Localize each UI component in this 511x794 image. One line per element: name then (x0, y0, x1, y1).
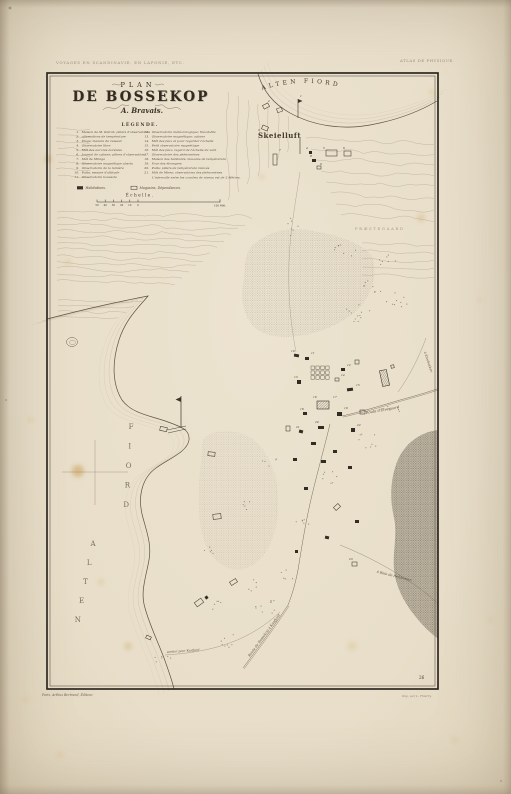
fiord-letter: T (83, 578, 88, 586)
bush-dot (324, 472, 325, 473)
legend-item-number: 18. (144, 157, 149, 161)
scale-heading: Échelle. (126, 192, 155, 198)
bush-dot (262, 611, 263, 612)
building (311, 442, 316, 445)
foxing-stain (124, 642, 132, 650)
building (348, 466, 352, 469)
building (194, 598, 203, 607)
compass-cross (62, 440, 128, 505)
garden-plot (311, 376, 314, 379)
building (321, 460, 326, 463)
bush-dot (304, 519, 305, 520)
legend-item-number: 10. (74, 171, 79, 175)
legend-item-text: Observatoire de la lumière (82, 166, 124, 170)
building (299, 430, 304, 434)
contour (316, 158, 434, 166)
title-byline: A. Bravais. (120, 106, 163, 115)
marker-number: 6 (343, 146, 345, 150)
legend-item-number: 6. (76, 153, 79, 157)
legend-item-number: 16. (144, 148, 149, 152)
bush-dot (228, 647, 229, 648)
bush-dot (332, 482, 333, 483)
contour (58, 317, 118, 319)
legend-item-number: 4. (75, 144, 79, 148)
bush-dot (338, 245, 339, 246)
bush-dot (211, 550, 212, 551)
bush-dot (251, 590, 252, 591)
bush-dot (380, 291, 381, 292)
bush-dot (292, 578, 293, 579)
bush-dot (355, 250, 356, 251)
bush-dot (302, 520, 303, 521)
label-route-kaafjord: Route de Bossekop à Kaafjord (247, 613, 282, 659)
garden-plot (316, 366, 319, 369)
bush-dot (218, 601, 219, 602)
foxing-stain (45, 156, 52, 163)
contour (57, 274, 182, 278)
speck (9, 7, 12, 10)
fiord-letter: L (87, 559, 92, 567)
foxing-stain (56, 751, 64, 759)
building (391, 365, 395, 369)
bush-dot (322, 478, 323, 479)
series-header-right: ATLAS DE PHYSIQUE. (399, 58, 455, 63)
marker-number: 23 (348, 557, 353, 561)
building (355, 520, 359, 523)
legend-item-text: Maison des habitants; mesures de tempéra… (151, 157, 226, 161)
legend-item-text: Observatoire magnétique absolu (82, 162, 133, 166)
contour (57, 211, 252, 219)
contour (326, 182, 434, 187)
legend-item-text: Mât des feux et pour regarder l'échelle (151, 139, 214, 143)
map-sheet: { "colors": { "paper": "#e9e0cc", "ink":… (0, 0, 511, 794)
bush-dot (360, 434, 361, 435)
bush-dot (380, 264, 381, 265)
bush-dot (386, 256, 387, 257)
bush-dot (399, 411, 400, 412)
marker-number: 17 (333, 395, 337, 399)
map-plate: VOYAGES EN SCANDINAVIE, EN LAPONIE, ETC.… (0, 0, 511, 794)
bush-dot (293, 230, 294, 231)
bush-dot (212, 553, 213, 554)
marker-number: 9 (320, 162, 322, 166)
marker-number: 14 (341, 373, 345, 377)
legend-item-text: Observatoire magnétique; cabane (152, 135, 205, 139)
marker-number: 21 (295, 425, 300, 429)
legend-item-text: Mât de Mirage (81, 157, 105, 161)
speck (5, 399, 7, 401)
fiord-shore-north (258, 62, 446, 127)
contour (57, 223, 238, 230)
bush-dot (220, 602, 221, 603)
bush-dot (227, 644, 228, 645)
legend-item-text: Maison de M. Klerck; piliers d'observati… (81, 130, 151, 134)
foxing-stain (65, 259, 71, 265)
bush-dot (396, 300, 397, 301)
bush-dot (372, 286, 373, 287)
scale-tick-label: 0 (137, 203, 139, 207)
title-plan: PLAN (120, 81, 155, 89)
bush-dot (273, 600, 274, 601)
building (333, 450, 337, 453)
bush-dot (388, 261, 389, 262)
contour (226, 92, 229, 200)
legend-item-number: 9. (76, 166, 79, 170)
bush-dot (155, 657, 156, 658)
bush-dot (355, 318, 356, 319)
foxing-stain (429, 89, 436, 96)
foxing-stain (417, 214, 425, 222)
building (337, 412, 342, 416)
contour (57, 230, 231, 237)
garden-plot (326, 371, 329, 374)
bush-dot (244, 501, 245, 502)
scale-bar: Échelle. 50403020100 100 Mèt. (95, 192, 226, 207)
marker-number: 20 (314, 420, 319, 424)
foxing-stain (27, 417, 33, 423)
scale-end-label: 100 Mèt. (214, 204, 226, 208)
bush-dot (334, 249, 335, 250)
marker-number: 15 (356, 383, 360, 387)
scale-tick-label: 50 (95, 203, 99, 207)
foxing-stain (22, 697, 28, 703)
building (303, 412, 307, 415)
legend-item-text: Mât de Mires; observations des phénomène… (151, 171, 223, 175)
bush-dot (371, 444, 372, 445)
garden-plots-grid (311, 366, 329, 379)
building (229, 578, 237, 585)
label-skeielluft: Skeielluft (258, 131, 301, 140)
legend-heading: LÉGENDE. (121, 120, 158, 128)
fiord-letter: A (89, 540, 96, 548)
bush-dot (382, 261, 383, 262)
building (317, 401, 329, 409)
bush-dot (375, 446, 376, 447)
bush-dot (332, 471, 333, 472)
bush-dot (209, 547, 210, 548)
bush-dot (343, 253, 344, 254)
contour (258, 104, 260, 176)
bush-dot (244, 506, 245, 507)
building (146, 635, 152, 640)
bush-dot (361, 434, 362, 435)
legend-item-number: 15. (144, 144, 149, 148)
bush-dot (264, 461, 265, 462)
bush-dot (231, 644, 232, 645)
bush-dot (286, 570, 287, 571)
bush-dot (303, 523, 304, 524)
bush-dot (283, 578, 284, 579)
bush-dot (212, 609, 213, 610)
scale-ticks: 50403020100 (95, 200, 139, 208)
legend-note: L'intervalle entre les courbes de niveau… (151, 175, 241, 179)
bush-dot (297, 226, 298, 227)
garden-plot (311, 366, 314, 369)
symbol-magasin (131, 186, 137, 189)
marker-number: 19 (344, 406, 348, 410)
terrain-patch-east (391, 430, 438, 639)
building (325, 536, 330, 540)
building (344, 151, 351, 156)
bush-dot (260, 606, 261, 607)
legend-item-number: 20. (143, 166, 149, 170)
bush-dot (323, 474, 324, 475)
contour (336, 204, 434, 212)
marker-number: 13 (294, 375, 298, 379)
legend-item-text: Observatoire boussole (82, 175, 117, 179)
building (335, 378, 339, 381)
bush-dot (395, 292, 396, 293)
contour (246, 100, 249, 184)
bush-dot (156, 661, 157, 662)
bush-dot (403, 297, 404, 298)
legend-item-text: Observatoire des phénomènes (152, 153, 200, 157)
garden-plot (316, 371, 319, 374)
mast-pennant (176, 397, 182, 402)
legend-item-number: 19. (144, 162, 149, 166)
building (318, 426, 324, 429)
legend-item-text: Journal de cabane; piliers d'observation… (81, 153, 147, 157)
legend-item-number: 5. (76, 148, 79, 152)
title-block: PLAN DE BOSSEKOP DE BOSSEKOP A. Bravais. (72, 81, 210, 115)
bush-dot (374, 292, 375, 293)
legend-item-number: 12. (144, 130, 149, 134)
foxing-stain (487, 617, 493, 623)
marker-number: 10 (291, 349, 295, 353)
scale-tick-label: 40 (104, 203, 108, 207)
bush-dot (246, 509, 247, 510)
bush-dot (268, 466, 269, 467)
bush-dot (361, 312, 362, 313)
bush-dot (270, 600, 271, 601)
fiord-letter: O (126, 462, 132, 470)
foxing-stain (72, 465, 84, 477)
legend-item-text: Puits; mesure d'altitude (81, 171, 120, 175)
garden-plot (326, 366, 329, 369)
marker-number: 7 (279, 148, 281, 152)
bush-dot (336, 476, 337, 477)
pond (67, 338, 78, 347)
bush-dot (270, 602, 271, 603)
legend-item-number: 8. (76, 162, 79, 166)
garden-plot (311, 371, 314, 374)
bush-dot (359, 315, 360, 316)
legend-item-number: 13. (144, 135, 149, 139)
bush-dot (340, 244, 341, 245)
contour (57, 255, 203, 262)
bush-dot (224, 638, 225, 639)
bush-dot (346, 309, 347, 310)
building (304, 487, 308, 490)
bush-dot (351, 312, 352, 313)
imprint-printer: Imp. par L. Thierry. (401, 694, 432, 698)
marker-number: 8 (310, 154, 312, 158)
label-route-elvebakken: à Elvebakken (423, 351, 434, 373)
bush-dot (349, 311, 350, 312)
building (305, 357, 309, 360)
bush-dot (243, 504, 244, 505)
label-alten-fiord-top: ALTEN FIORD (260, 78, 342, 92)
building (341, 368, 345, 371)
road-south (288, 424, 330, 605)
building (295, 550, 298, 553)
bush-dot (274, 610, 275, 611)
contour (57, 280, 175, 285)
label-praestegaard: PRÆSTEGAARD (355, 227, 405, 231)
bush-dot (358, 439, 359, 440)
contour (362, 243, 434, 246)
legend-item-text: Mât des feux; regard de l'échelle du ven… (151, 148, 217, 152)
fiord-letter: R (125, 482, 131, 490)
building (273, 154, 277, 165)
bush-dot (365, 282, 366, 283)
bush-dot (281, 572, 282, 573)
building (312, 159, 316, 162)
legend-item-text: Petit observatoire magnétique (151, 144, 200, 148)
bush-dot (255, 606, 256, 607)
contour (57, 236, 224, 242)
contour (57, 243, 217, 248)
bush-dot (392, 304, 393, 305)
bush-dot (224, 645, 225, 646)
contour (321, 171, 434, 176)
fiord-shore-west (32, 296, 189, 695)
road-elvegaard (342, 389, 437, 416)
bush-dot (248, 589, 249, 590)
bush-dot (400, 302, 401, 303)
contour (57, 266, 189, 272)
bush-dot (216, 601, 217, 602)
foxing-stain (347, 641, 357, 651)
bush-dot (335, 247, 336, 248)
legend-item-text: Observatoire météorologique; théodolite (152, 130, 216, 134)
legend-item-text: Puits; piliers de température relevés (151, 166, 210, 170)
garden-plot (321, 376, 324, 379)
bush-dot (394, 304, 395, 305)
garden-plot (316, 376, 319, 379)
foxing-stain (98, 579, 105, 586)
legend-item-text: Plage; mesure du ressaut (81, 139, 123, 143)
bush-dot (357, 315, 358, 316)
building (293, 458, 297, 461)
bush-dot (272, 613, 273, 614)
bush-dot (360, 317, 361, 318)
legend-item-text: alternatives de température (82, 135, 126, 139)
garden-plot (321, 371, 324, 374)
bush-dot (351, 255, 352, 256)
bush-dot (401, 306, 402, 307)
marker-number: 3 (258, 128, 260, 132)
bush-dot (365, 447, 366, 448)
bush-dot (255, 607, 256, 608)
building (262, 103, 269, 109)
bush-dot (287, 223, 288, 224)
contour (57, 248, 210, 256)
bush-dot (275, 459, 276, 460)
contour (58, 311, 126, 314)
building (297, 380, 301, 384)
road-elvebakken (398, 338, 426, 392)
building (379, 369, 389, 386)
bush-dot (161, 657, 162, 658)
marker-number: 12 (347, 363, 351, 367)
legend-item-number: 11. (74, 175, 79, 179)
legend-item-number: 14. (144, 139, 149, 143)
paper-stains (5, 7, 502, 783)
legend-item-text: Observatoire libre (82, 144, 111, 148)
bush-dot (285, 578, 286, 579)
bush-dot (395, 260, 396, 261)
bush-dot (291, 221, 292, 222)
bush-dot (256, 582, 257, 583)
imprint-publisher: Paris, Arthus Bertrand, Éditeur. (41, 692, 93, 697)
building (355, 360, 359, 364)
marker-number: 5 (323, 146, 325, 150)
bush-dot (167, 656, 168, 657)
marker-number: 18 (300, 407, 304, 411)
building (204, 595, 208, 599)
fiord-letter: I (128, 443, 131, 451)
bush-dot (379, 259, 380, 260)
garden-plot (321, 366, 324, 369)
bush-dot (369, 310, 370, 311)
symbol-habitation-label: Habitations. (85, 186, 107, 190)
contour (306, 137, 434, 144)
title-name: DE BOSSEKOP (72, 89, 209, 105)
bush-dot (308, 524, 309, 525)
contour (57, 217, 245, 225)
bush-dot (249, 501, 250, 502)
bush-dot (214, 604, 215, 605)
legend-item-number: 7. (76, 157, 79, 161)
marker-number: 22 (356, 423, 361, 427)
bush-dot (221, 641, 222, 642)
fiord-letter: E (79, 597, 84, 605)
bush-dot (253, 579, 254, 580)
building (347, 388, 353, 392)
label-sentier-kaafjord: sentier pour Kaafjord (167, 648, 200, 654)
fiord-letter: F (129, 423, 134, 431)
marker-number: 11 (311, 351, 315, 355)
terrain-patch-central (242, 229, 375, 337)
building (294, 354, 299, 358)
marker-number: 2 (267, 99, 270, 103)
bush-dot (262, 460, 263, 461)
bush-dot (233, 634, 234, 635)
bush-dot (161, 656, 162, 657)
building (317, 166, 321, 169)
bush-dot (290, 235, 291, 236)
legend-item-number: 21. (143, 171, 149, 175)
bush-dot (388, 255, 389, 256)
garden-plot (326, 376, 329, 379)
foxing-stain (477, 297, 483, 303)
legend-item-number: 17. (144, 153, 149, 157)
contour (362, 250, 434, 254)
marker-number: 1 (300, 94, 302, 98)
buildings (146, 103, 395, 640)
building (277, 107, 283, 112)
marker-number: 16 (313, 395, 317, 399)
scale-tick-label: 20 (120, 203, 124, 207)
legend-item-number: 1. (76, 130, 79, 134)
legend-item-text: Four des étrangers (151, 162, 182, 166)
building (351, 428, 355, 432)
scale-tick-label: 10 (128, 203, 132, 207)
bush-dot (330, 483, 331, 484)
legend-item-text: Mât des aurores boréales (81, 148, 122, 152)
foxing-stain (451, 736, 459, 744)
